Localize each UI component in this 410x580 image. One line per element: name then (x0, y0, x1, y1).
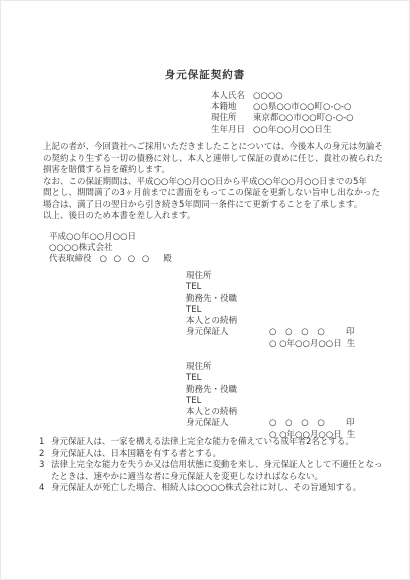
guarantor1-label: 身元保証人 (186, 327, 229, 337)
term-1-number: 1 (39, 437, 51, 449)
guarantor2-tel1-label: TEL (186, 373, 396, 384)
guarantor-block-1: 現住所 TEL 勤務先・役職 TEL 本人との続柄 身元保証人 ○ ○ ○ ○ … (186, 271, 396, 350)
term-item-2: 2身元保証人は、日本国籍を有する者とする。 (39, 449, 391, 461)
term-item-3-continuation: たときは、速やかに適当な者に身元保証人を変更しなければならない。 (39, 472, 391, 484)
guarantor1-address-label: 現住所 (186, 271, 396, 282)
term-4-number: 4 (39, 483, 51, 495)
person-name-label: 本人氏名 (211, 91, 253, 102)
guarantor1-birth-suffix: 生 (347, 339, 356, 349)
term-4-text: 身元保証人が死亡した場合、相続人は○○○○株式会社に対し、その旨通知する。 (51, 483, 361, 493)
term-item-4: 4身元保証人が死亡した場合、相続人は○○○○株式会社に対し、その旨通知する。 (39, 483, 391, 495)
guarantor2-relationship-label: 本人との続柄 (186, 407, 396, 418)
contract-document-page: 身元保証契約書 本人氏名○○○○ 本籍地○○県○○市○○町○-○-○ 現住所東京… (0, 0, 410, 580)
term-3-number: 3 (39, 460, 51, 472)
birthdate-label: 生年月日 (211, 125, 253, 136)
terms-list: 1身元保証人は、一家を構える法律上完全な能力を備えている成年者2名とする。 2身… (39, 437, 391, 495)
current-address-label: 現住所 (211, 113, 253, 124)
guarantor2-workplace-label: 勤務先・役職 (186, 385, 396, 396)
company-name: ○○○○株式会社 (49, 243, 172, 254)
person-name-value: ○○○○ (253, 91, 283, 101)
term-item-3: 3法律上完全な能力を失うか又は信用状態に変動を来し、身元保証人として不適任となっ (39, 460, 391, 472)
document-title: 身元保証契約書 (1, 67, 409, 82)
guarantor1-birthdate: ○ ○年○○月○○日 (269, 339, 342, 349)
body-line: 上記の者が、今回貴社へご採用いただきましたことについては、今後本人の身元は勿論そ (43, 142, 383, 154)
guarantor1-signature-row: 身元保証人 ○ ○ ○ ○ 印 (186, 327, 396, 338)
honorific-dono: 殿 (163, 254, 172, 264)
birthdate-value: ○○年○○月○○日生 (253, 125, 332, 135)
guarantor-block-2: 現住所 TEL 勤務先・役職 TEL 本人との続柄 身元保証人 ○ ○ ○ ○ … (186, 362, 396, 441)
body-line: 以上、後日のため本書を差し入れます。 (43, 211, 383, 223)
representative-title: 代表取締役 (49, 254, 92, 264)
representative-row: 代表取締役○ ○ ○ ○殿 (49, 254, 172, 265)
personal-info-block: 本人氏名○○○○ 本籍地○○県○○市○○町○-○-○ 現住所東京都○○市○○町○… (211, 91, 354, 136)
guarantor1-relationship-label: 本人との続柄 (186, 316, 396, 327)
person-registered-domicile-row: 本籍地○○県○○市○○町○-○-○ (211, 102, 354, 113)
registered-domicile-value: ○○県○○市○○町○-○-○ (253, 102, 351, 112)
person-address-row: 現住所東京都○○市○○町○-○-○ (211, 113, 354, 124)
guarantor1-birthdate-row: ○ ○年○○月○○日生 (186, 339, 396, 350)
term-2-text: 身元保証人は、日本国籍を有する者とする。 (51, 449, 221, 459)
guarantor2-seal-mark: 印 (346, 418, 355, 429)
representative-name: ○ ○ ○ ○ (100, 254, 152, 264)
guarantor1-seal-mark: 印 (346, 327, 355, 338)
body-line: なお、この保証期間は、平成○○年○○月○○日から平成○○年○○月○○日までの5年 (43, 177, 383, 189)
current-address-value: 東京都○○市○○町○-○-○ (253, 113, 354, 123)
registered-domicile-label: 本籍地 (211, 102, 253, 113)
guarantor2-tel2-label: TEL (186, 396, 396, 407)
contract-date: 平成○○年○○月○○日 (49, 232, 172, 243)
body-line: 損害を賠償する旨を確約します。 (43, 165, 383, 177)
guarantor2-signature-row: 身元保証人 ○ ○ ○ ○ 印 (186, 418, 396, 429)
guarantor2-address-label: 現住所 (186, 362, 396, 373)
guarantor2-label: 身元保証人 (186, 418, 229, 428)
guarantor1-workplace-label: 勤務先・役職 (186, 294, 396, 305)
guarantor1-tel2-label: TEL (186, 305, 396, 316)
person-birthdate-row: 生年月日○○年○○月○○日生 (211, 125, 354, 136)
body-line: の契約より生ずる一切の債務に対し、本人と連帯して保証の責めに任じ、貴社の被られた (43, 154, 383, 166)
term-2-number: 2 (39, 449, 51, 461)
contract-body-text: 上記の者が、今回貴社へご採用いただきましたことについては、今後本人の身元は勿論そ… (43, 142, 383, 223)
date-company-block: 平成○○年○○月○○日 ○○○○株式会社 代表取締役○ ○ ○ ○殿 (49, 232, 172, 266)
term-1-text: 身元保証人は、一家を構える法律上完全な能力を備えている成年者2名とする。 (51, 437, 354, 447)
person-name-row: 本人氏名○○○○ (211, 91, 354, 102)
guarantor1-tel1-label: TEL (186, 282, 396, 293)
body-line: 間とし、期間満了の3ヶ月前までに書面をもってこの保証を更新しない旨申し出なかった (43, 188, 383, 200)
term-3-text: 法律上完全な能力を失うか又は信用状態に変動を来し、身元保証人として不適任となっ (51, 460, 383, 470)
term-item-1: 1身元保証人は、一家を構える法律上完全な能力を備えている成年者2名とする。 (39, 437, 391, 449)
body-line: 場合は、満了日の翌日から引き続き5年間同一条件にて更新することを了承します。 (43, 200, 383, 212)
guarantor2-name-placeholder: ○ ○ ○ ○ (269, 418, 328, 429)
guarantor1-name-placeholder: ○ ○ ○ ○ (269, 327, 328, 338)
